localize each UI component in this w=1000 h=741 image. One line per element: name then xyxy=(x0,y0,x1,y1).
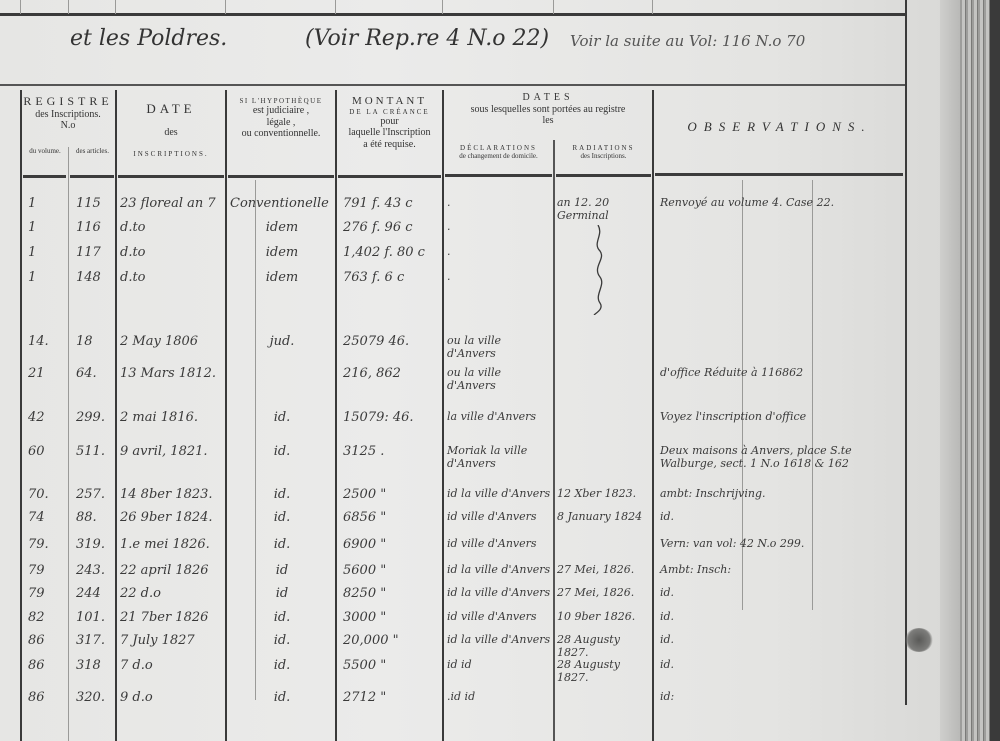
squiggle-mark-icon xyxy=(590,225,610,315)
cell-date: 22 april 1826 xyxy=(120,563,209,578)
cell-radiation: 28 Augusty 1827. xyxy=(557,658,653,684)
cell-radiation: an 12. 20 Germinal xyxy=(557,196,653,222)
header-radiations: RADIATIONS des Inscriptions. xyxy=(555,144,652,160)
cell-montant: 216, 862 xyxy=(343,366,401,381)
cell-radiation: 28 Augusty 1827. xyxy=(557,633,653,659)
cell-declaration: ou la ville d'Anvers xyxy=(447,366,553,392)
cell-date: 23 floreal an 7 xyxy=(120,196,216,211)
cell-hypotheque: id xyxy=(230,586,334,601)
cell-article: 244 xyxy=(76,586,101,601)
cell-volume: 74 xyxy=(28,510,45,525)
cell-montant: 6900 " xyxy=(343,537,386,552)
ink-stain xyxy=(905,628,933,652)
cell-hypotheque: id. xyxy=(230,510,334,525)
cell-volume: 79 xyxy=(28,586,45,601)
cell-article: 511. xyxy=(76,444,105,459)
cell-montant: 15079: 46. xyxy=(343,410,414,425)
cell-radiation: 10 9ber 1826. xyxy=(557,610,653,623)
cell-declaration: id id xyxy=(447,658,553,671)
cell-article: 115 xyxy=(76,196,101,211)
cell-article: 64. xyxy=(76,366,97,381)
cell-declaration: id la ville d'Anvers xyxy=(447,633,553,646)
cell-observation: Ambt: Insch: xyxy=(660,563,905,576)
cell-article: 299. xyxy=(76,410,105,425)
cell-declaration: ou la ville d'Anvers xyxy=(447,334,553,360)
page-edge xyxy=(940,0,960,741)
cell-article: 116 xyxy=(76,220,101,235)
cell-volume: 14. xyxy=(28,334,49,349)
cell-hypotheque: id. xyxy=(230,610,334,625)
header-hypotheque: SI L'HYPOTHÈQUE est judiciaire , légale … xyxy=(227,97,335,140)
title-poldres: et les Poldres. xyxy=(70,26,227,51)
cell-observation: Voyez l'inscription d'office xyxy=(660,410,905,423)
cell-declaration: id ville d'Anvers xyxy=(447,537,553,550)
cell-declaration: id ville d'Anvers xyxy=(447,510,553,523)
cell-declaration: id ville d'Anvers xyxy=(447,610,553,623)
cell-article: 18 xyxy=(76,334,93,349)
cell-article: 257. xyxy=(76,487,105,502)
cell-hypotheque: id. xyxy=(230,633,334,648)
cell-hypotheque: idem xyxy=(230,270,334,285)
cell-volume: 1 xyxy=(28,270,36,285)
cell-montant: 8250 " xyxy=(343,586,386,601)
cell-observation: ambt: Inschrijving. xyxy=(660,487,905,500)
cell-volume: 60 xyxy=(28,444,45,459)
cell-date: 2 mai 1816. xyxy=(120,410,198,425)
cell-date: 22 d.o xyxy=(120,586,161,601)
cell-hypotheque: Conventionelle xyxy=(230,196,329,211)
cell-observation: id. xyxy=(660,510,905,523)
cell-article: 117 xyxy=(76,245,101,260)
cell-montant: 763 f. 6 c xyxy=(343,270,404,285)
cell-date: 13 Mars 1812. xyxy=(120,366,216,381)
cell-montant: 3000 " xyxy=(343,610,386,625)
cell-observation: Deux maisons à Anvers, place S.te Walbur… xyxy=(660,444,905,470)
cell-date: 9 d.o xyxy=(120,690,153,705)
cell-declaration: . xyxy=(447,270,553,283)
cell-date: 9 avril, 1821. xyxy=(120,444,208,459)
cell-article: 243. xyxy=(76,563,105,578)
cell-observation: Vern: van vol: 42 N.o 299. xyxy=(660,537,905,550)
cell-declaration: Moriak la ville d'Anvers xyxy=(447,444,553,470)
cell-declaration: . xyxy=(447,220,553,233)
cell-article: 317. xyxy=(76,633,105,648)
cell-date: 7 July 1827 xyxy=(120,633,195,648)
header-volume: du volume. xyxy=(22,147,68,155)
cell-montant: 6856 " xyxy=(343,510,386,525)
cell-montant: 2712 " xyxy=(343,690,386,705)
header-observations: OBSERVATIONS. xyxy=(654,120,905,135)
cell-volume: 42 xyxy=(28,410,45,425)
cell-montant: 2500 " xyxy=(343,487,386,502)
cell-montant: 20,000 " xyxy=(343,633,399,648)
cell-hypotheque: id. xyxy=(230,410,334,425)
title-suite-note: Voir la suite au Vol: 116 N.o 70 xyxy=(570,32,805,50)
cell-declaration: id la ville d'Anvers xyxy=(447,586,553,599)
cell-hypotheque: id xyxy=(230,563,334,578)
cell-volume: 82 xyxy=(28,610,45,625)
cell-declaration: la ville d'Anvers xyxy=(447,410,553,423)
cell-date: d.to xyxy=(120,270,146,285)
cell-date: d.to xyxy=(120,245,146,260)
cell-article: 148 xyxy=(76,270,101,285)
cell-radiation: 27 Mei, 1826. xyxy=(557,563,653,576)
cell-date: 7 d.o xyxy=(120,658,153,673)
cell-article: 318 xyxy=(76,658,101,673)
header-declarations: DÉCLARATIONS de changement de domicile. xyxy=(444,144,553,160)
top-rule xyxy=(0,13,905,16)
header-registre: REGISTRE des Inscriptions. N.o xyxy=(22,95,114,132)
cell-date: 2 May 1806 xyxy=(120,334,198,349)
cell-volume: 1 xyxy=(28,220,36,235)
cell-montant: 3125 . xyxy=(343,444,384,459)
cell-montant: 5600 " xyxy=(343,563,386,578)
cell-hypotheque: id. xyxy=(230,537,334,552)
cell-volume: 1 xyxy=(28,196,36,211)
cell-observation: id. xyxy=(660,586,905,599)
cell-radiation: 8 January 1824 xyxy=(557,510,653,523)
cell-declaration: .id id xyxy=(447,690,553,703)
cell-date: 21 7ber 1826 xyxy=(120,610,208,625)
header-top-rule xyxy=(0,84,905,86)
cell-observation: d'office Réduite à 116862 xyxy=(660,366,905,379)
cell-volume: 79. xyxy=(28,537,49,552)
cell-montant: 276 f. 96 c xyxy=(343,220,413,235)
cell-montant: 5500 " xyxy=(343,658,386,673)
cell-observation: id: xyxy=(660,690,905,703)
cell-observation: id. xyxy=(660,633,905,646)
cell-hypotheque: id. xyxy=(230,658,334,673)
cell-article: 101. xyxy=(76,610,105,625)
cell-montant: 791 f. 43 c xyxy=(343,196,413,211)
cell-declaration: . xyxy=(447,196,553,209)
cell-hypotheque: jud. xyxy=(230,334,334,349)
header-dates: DATES sous lesquelles sont portées au re… xyxy=(444,92,652,127)
cell-declaration: . xyxy=(447,245,553,258)
cell-article: 319. xyxy=(76,537,105,552)
cell-observation: id. xyxy=(660,610,905,623)
cell-hypotheque: id. xyxy=(230,444,334,459)
cell-date: 1.e mei 1826. xyxy=(120,537,210,552)
cell-declaration: id la ville d'Anvers xyxy=(447,487,553,500)
book-cover xyxy=(990,0,1000,741)
header-date: DATE des INSCRIPTIONS. xyxy=(117,102,225,158)
cell-volume: 70. xyxy=(28,487,49,502)
cell-radiation: 27 Mei, 1826. xyxy=(557,586,653,599)
ledger-page: et les Poldres. (Voir Rep.re 4 N.o 22) V… xyxy=(0,0,960,741)
cell-declaration: id la ville d'Anvers xyxy=(447,563,553,576)
cell-observation: id. xyxy=(660,658,905,671)
cell-volume: 1 xyxy=(28,245,36,260)
header-montant: MONTANT DE LA CRÉANCE pour laquelle l'In… xyxy=(337,95,442,150)
cell-article: 320. xyxy=(76,690,105,705)
cell-montant: 1,402 f. 80 c xyxy=(343,245,425,260)
cell-volume: 86 xyxy=(28,658,45,673)
cell-date: 14 8ber 1823. xyxy=(120,487,213,502)
header-articles: des articles. xyxy=(70,147,115,155)
cell-hypotheque: id. xyxy=(230,487,334,502)
cell-volume: 86 xyxy=(28,633,45,648)
cell-observation: Renvoyé au volume 4. Case 22. xyxy=(660,196,905,209)
cell-hypotheque: id. xyxy=(230,690,334,705)
cell-hypotheque: idem xyxy=(230,245,334,260)
cell-volume: 21 xyxy=(28,366,45,381)
cell-volume: 86 xyxy=(28,690,45,705)
cell-montant: 25079 46. xyxy=(343,334,409,349)
cell-date: 26 9ber 1824. xyxy=(120,510,213,525)
cell-date: d.to xyxy=(120,220,146,235)
cell-article: 88. xyxy=(76,510,97,525)
cell-volume: 79 xyxy=(28,563,45,578)
title-reference: (Voir Rep.re 4 N.o 22) xyxy=(305,26,549,51)
cell-hypotheque: idem xyxy=(230,220,334,235)
cell-radiation: 12 Xber 1823. xyxy=(557,487,653,500)
